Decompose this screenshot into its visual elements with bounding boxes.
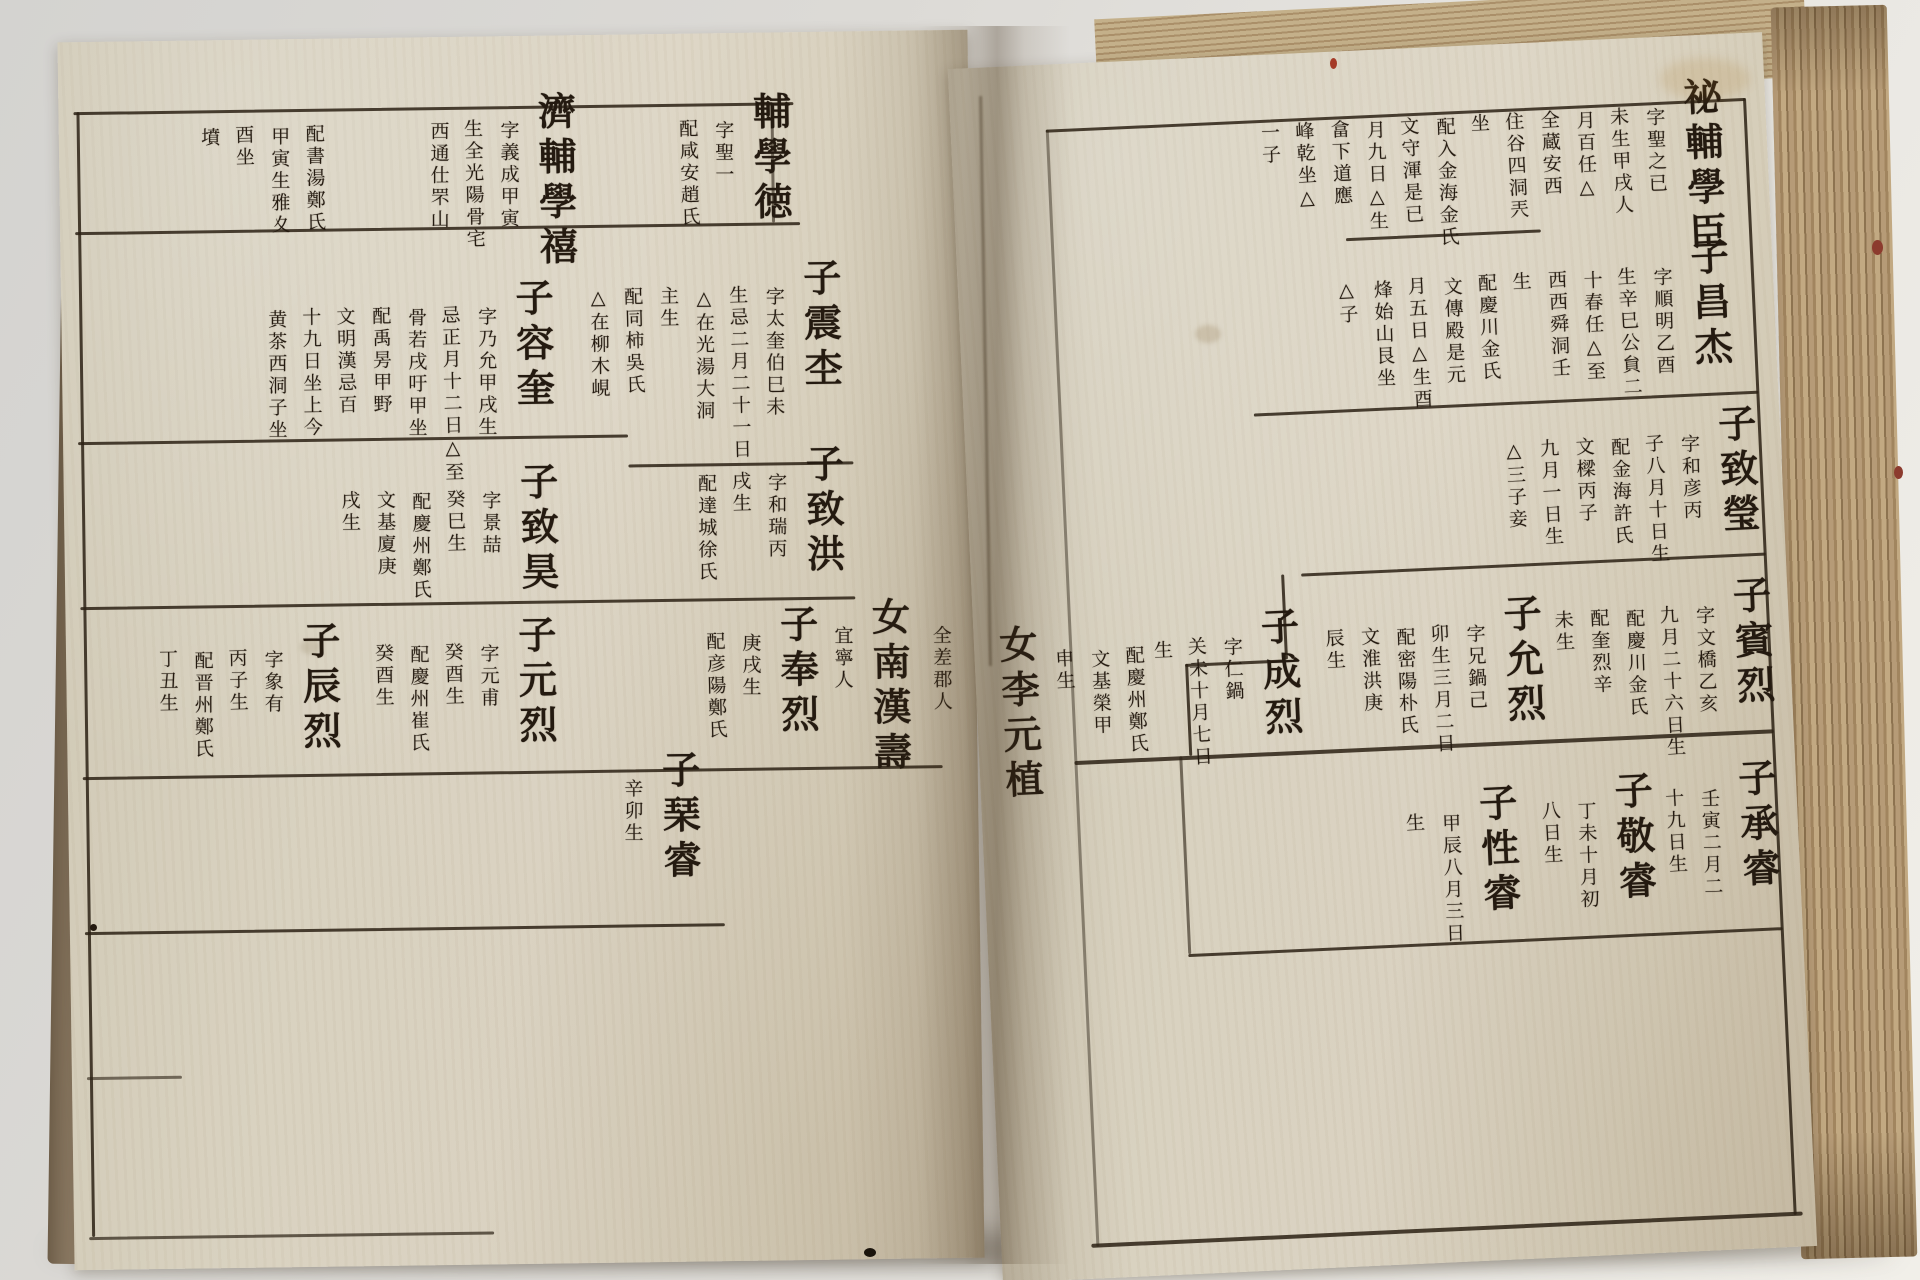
detail-column: 未生甲戌人 — [1602, 106, 1640, 261]
detail-column: 甲辰八月三日 — [1435, 813, 1469, 946]
detail-column: 配金海許氏 — [1604, 437, 1638, 570]
genealogy-entry: 子奉烈庚戌生配彦陽鄭氏 — [693, 604, 821, 742]
detail-column: △在光湯大洞 — [689, 287, 719, 463]
detail-column: △在柳木峴 — [583, 287, 614, 463]
detail-column: 配書湯鄭氏 — [299, 124, 330, 234]
name-column: 子致洪 — [795, 443, 847, 580]
detail-column: 配奎烈辛 — [1583, 608, 1619, 763]
genealogy-entry: 子成烈字仁鍋关未十月七日生 — [1139, 606, 1307, 771]
left-page-text: 輔學徳字聖一配咸安趙氏濟輔學禧字義成甲寅生全光陽骨宅西通仕罘山配書湯鄭氏甲寅生雅… — [57, 30, 984, 1271]
detail-column: 字聖一 — [708, 120, 737, 230]
detail-column: 丙子生 — [221, 648, 253, 759]
name-column: 子致昊 — [509, 461, 561, 598]
genealogy-entry: 子震杢字太奎伯巳未生忌二月二十一日△在光湯大洞主生配同柿吳氏△在柳木峴 — [577, 257, 846, 463]
detail-column: 字乃允甲戌生 — [471, 306, 501, 485]
detail-column: 主生 — [653, 286, 684, 462]
paper-stain — [1660, 58, 1750, 100]
ink-speck — [90, 924, 97, 931]
detail-column: 丁丑生 — [152, 649, 183, 759]
genealogy-entry: 女李元植 — [982, 624, 1046, 806]
detail-column: 庚戌生 — [735, 633, 764, 743]
detail-column: △子 — [1331, 279, 1366, 415]
detail-column: 甲寅生雅夊 — [264, 126, 293, 236]
detail-column: 字和瑞丙 — [761, 472, 790, 582]
detail-column: 一子 — [1254, 122, 1290, 277]
detail-column: 十九日生 — [1658, 787, 1693, 898]
detail-column: 配慶川金氏 — [1619, 608, 1653, 763]
genealogy-entry: 子元烈字元甫癸酉生配慶州崔氏癸酉生 — [362, 614, 560, 753]
genealogy-entry: 子致瑩字和彦丙子八月十日生配金海許氏文樑丙子九月一日生△三子妾 — [1491, 403, 1764, 573]
detail-column: 关未十月七日 — [1180, 636, 1216, 769]
detail-column: 字仁鍋 — [1217, 636, 1251, 769]
detail-column: 畣下道應 — [1324, 119, 1360, 274]
genealogy-entry: 女南漢壽宜寧人 — [820, 597, 914, 778]
genealogy-entry: 配書湯鄭氏甲寅生雅夊酉坐墳 — [187, 98, 329, 236]
paper-stain — [300, 640, 320, 654]
genealogy-entry: 子致昊字景喆癸巳生配慶州鄭氏文基廈庚戌生 — [328, 461, 561, 600]
genealogy-entry: 子致洪字和瑞丙戌生配達城徐氏 — [684, 443, 847, 581]
detail-column: 骨若戌吁甲坐 — [401, 307, 431, 486]
name-column: 女李元植 — [988, 624, 1046, 806]
detail-column: 未生 — [1547, 609, 1585, 764]
detail-column: 峰乾坐△ — [1288, 120, 1326, 275]
detail-column: 字文橋乙亥 — [1689, 605, 1723, 760]
right-page: 祕輔學臣字聖之已未生甲戌人月百任△全蔵安西住谷四洞兲坐配入金海金氏文守渾是已月九… — [948, 32, 1817, 1280]
genealogy-entry: 輔學徳字聖一配咸安趙氏 — [666, 91, 794, 229]
detail-column: 烽始山艮坐 — [1367, 279, 1401, 415]
name-column: 子允烈 — [1492, 593, 1549, 753]
detail-column: 字景喆 — [475, 490, 504, 600]
right-page-text: 祕輔學臣字聖之已未生甲戌人月百任△全蔵安西住谷四洞兲坐配入金海金氏文守渾是已月九… — [948, 32, 1817, 1280]
photo-of-genealogy-book: 輔學徳字聖一配咸安趙氏濟輔學禧字義成甲寅生全光陽骨宅西通仕罘山配書湯鄭氏甲寅生雅… — [0, 0, 1920, 1280]
detail-column: 墳 — [194, 127, 223, 237]
detail-column: 十九日坐上今 — [295, 307, 326, 486]
detail-column: △三子妾 — [1498, 439, 1533, 572]
name-column: 子承睿 — [1727, 757, 1783, 895]
name-column: 輔學徳 — [742, 91, 794, 228]
detail-column: 月五日△生酉 — [1400, 275, 1436, 411]
genealogy-entry: 配慶州鄭氏文基榮甲申生 — [1041, 619, 1152, 760]
detail-column: 全差郡人 — [926, 625, 956, 713]
red-edge-mark — [1894, 466, 1903, 479]
name-column: 子琹睿 — [651, 749, 703, 885]
detail-column: 文樑丙子 — [1568, 436, 1603, 569]
detail-column: 生忌二月二十一日 — [722, 285, 755, 462]
detail-column: 住谷四洞兲 — [1498, 111, 1536, 266]
detail-column: 文基榮甲 — [1084, 648, 1117, 759]
detail-column: 文守渾是已 — [1393, 116, 1431, 271]
detail-column: 十春任△至 — [1576, 270, 1610, 406]
detail-column: 九月二十六日生 — [1652, 604, 1690, 759]
detail-column: 坐 — [1463, 112, 1499, 267]
name-column: 子敬睿 — [1603, 770, 1659, 908]
detail-column: 配咸安趙氏 — [672, 118, 704, 229]
detail-column: 八日生 — [1534, 800, 1569, 911]
name-column: 子元烈 — [508, 614, 560, 751]
detail-column: 生 — [1505, 271, 1541, 407]
name-column: 子成烈 — [1250, 606, 1307, 766]
detail-column: 字元甫 — [473, 643, 502, 753]
genealogy-entry: 子性睿甲辰八月三日生 — [1392, 782, 1525, 946]
detail-column: 字和彦丙 — [1674, 433, 1708, 566]
detail-column: 字義成甲寅 — [493, 120, 523, 274]
detail-column: 配慶川金氏 — [1471, 272, 1506, 408]
ink-speck — [864, 1248, 876, 1257]
genealogy-entry: 子允烈字兄鍋己卯生三月二日配密陽朴氏文淮洪庚辰生 — [1311, 593, 1549, 761]
detail-column: 酉坐 — [228, 124, 260, 235]
name-column: 子震杢 — [793, 257, 846, 460]
detail-column: 西西舜洞壬 — [1541, 269, 1576, 405]
detail-column: 配慶州崔氏 — [403, 644, 432, 754]
detail-column: 配彦陽鄭氏 — [699, 631, 731, 742]
left-page: 輔學徳字聖一配咸安趙氏濟輔學禧字義成甲寅生全光陽骨宅西通仕罘山配書湯鄭氏甲寅生雅… — [57, 30, 984, 1271]
genealogy-entry: 子賓烈字文橋乙亥九月二十六日生配慶川金氏配奎烈辛未生 — [1541, 574, 1780, 764]
detail-column: 辰生 — [1318, 627, 1354, 760]
detail-column: 配密陽朴氏 — [1389, 626, 1423, 759]
name-column: 子賓烈 — [1722, 574, 1780, 756]
detail-column: 卯生三月二日 — [1423, 623, 1459, 756]
red-edge-mark — [1872, 240, 1883, 255]
detail-column: 壬寅二月二 — [1694, 788, 1727, 899]
name-column: 濟輔學禧 — [527, 91, 580, 272]
detail-column: 辛卯生 — [617, 778, 646, 887]
detail-column: 字象有 — [258, 649, 287, 759]
detail-column: 生 — [1398, 812, 1434, 945]
detail-column: 西通仕罘山 — [423, 121, 453, 275]
genealogy-entry: 子昌杰字順明乙酉生辛巳公貟二十春任△至西西舜洞壬生配慶川金氏文傳殿是元月五日△生… — [1324, 236, 1737, 415]
genealogy-entry: 子承睿壬寅二月二十九日生 — [1651, 757, 1783, 899]
detail-column: 配禹昘甲野 — [365, 306, 396, 485]
name-column: 祕輔學臣 — [1672, 76, 1730, 258]
name-column: 子容奎 — [505, 277, 558, 483]
name-column: 子奉烈 — [769, 604, 821, 741]
detail-column: 生全光陽骨宅 — [457, 118, 490, 273]
detail-column: 文傳殿是元 — [1436, 276, 1470, 412]
genealogy-entry: 濟輔學禧字義成甲寅生全光陽骨宅西通仕罘山 — [416, 91, 579, 273]
genealogy-entry: 子敬睿丁未十月初八日生 — [1528, 770, 1660, 912]
detail-column: 癸酉生 — [368, 643, 399, 753]
detail-column: 配慶州鄭氏 — [1118, 645, 1152, 756]
detail-column: 戌生 — [725, 471, 757, 582]
detail-column: 配慶州鄭氏 — [405, 491, 434, 601]
detail-column: 字太奎伯巳未 — [759, 286, 789, 462]
detail-column: 生辛巳公貟二 — [1610, 266, 1646, 402]
name-column: 女南漢壽 — [861, 597, 914, 778]
detail-column: 字兄鍋己 — [1459, 623, 1493, 756]
name-column: 子辰烈 — [292, 621, 344, 758]
detail-column: 配同柿吳氏 — [617, 286, 650, 463]
genealogy-entry: 子琹睿辛卯生 — [610, 749, 703, 885]
detail-column: 黄茶西洞子坐 — [261, 309, 291, 488]
detail-column: 文明漢忌百 — [329, 306, 362, 486]
detail-column: 九月一日生 — [1533, 438, 1569, 571]
detail-column: 宜寧人 — [827, 625, 857, 779]
name-column: 子昌杰 — [1679, 236, 1736, 399]
genealogy-entry: 全差郡人 — [919, 599, 956, 713]
detail-column: 丁未十月初 — [1570, 800, 1603, 911]
detail-column: 癸巳生 — [439, 489, 471, 600]
detail-column: 配晋州鄭氏 — [188, 650, 217, 760]
detail-column: 申生 — [1048, 648, 1083, 759]
detail-column: 子八月十日生 — [1637, 433, 1673, 566]
name-column: 子性睿 — [1468, 782, 1525, 942]
detail-column: 字順明乙酉 — [1646, 266, 1680, 402]
detail-column: 癸酉生 — [437, 642, 469, 753]
detail-column: 文淮洪庚 — [1354, 626, 1389, 759]
detail-column: 全蔵安西 — [1533, 109, 1569, 264]
detail-column: 配達城徐氏 — [691, 473, 720, 583]
red-ink-speck — [1330, 58, 1337, 69]
detail-column: 文基廈庚 — [370, 490, 401, 600]
name-column: 子致瑩 — [1707, 403, 1764, 563]
detail-column: 戌生 — [334, 490, 366, 601]
detail-column: 忌正月十二日△至 — [434, 305, 467, 485]
paper-stain — [1195, 325, 1221, 343]
genealogy-entry: 子容奎字乃允甲戌生忌正月十二日△至骨若戌吁甲坐配禹昘甲野文明漢忌百十九日坐上今黄… — [254, 277, 558, 486]
